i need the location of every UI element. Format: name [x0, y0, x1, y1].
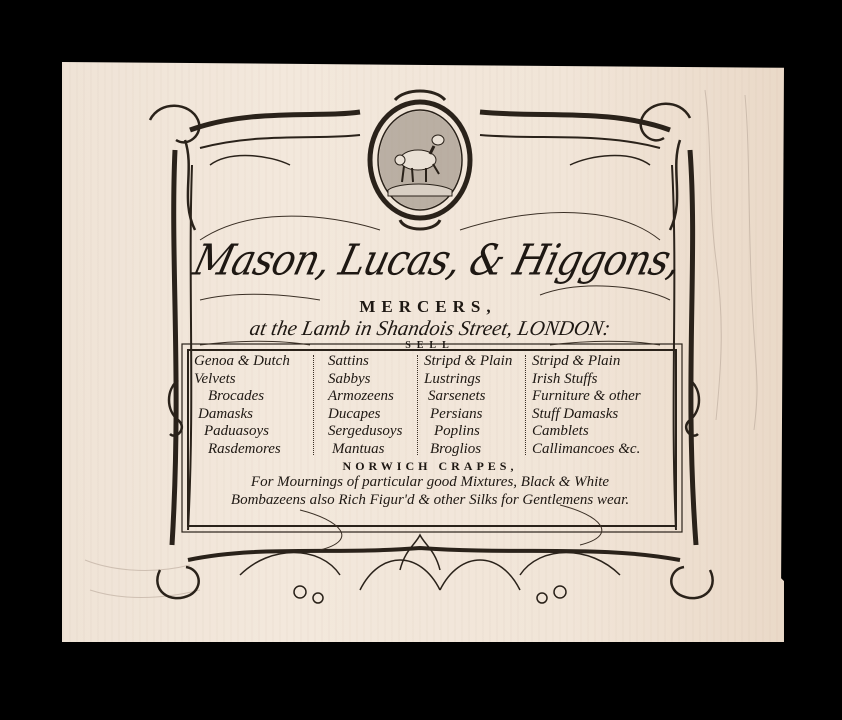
column-divider	[313, 355, 314, 455]
trade-heading: MERCERS,	[278, 297, 578, 317]
goods-item: Persians	[424, 406, 512, 424]
description-line-1: For Mournings of particular good Mixture…	[190, 474, 670, 491]
goods-item: Armozeens	[320, 388, 402, 406]
goods-item: Irish Stuffs	[532, 371, 641, 389]
goods-item: Camblets	[532, 423, 641, 441]
goods-item: Poplins	[424, 423, 512, 441]
goods-item: Sattins	[320, 353, 402, 371]
goods-column-2: Sattins Sabbys Armozeens Ducapes Sergedu…	[320, 353, 402, 458]
goods-item: Rasdemores	[194, 441, 290, 459]
business-name: Mason, Lucas, & Higgons,	[189, 235, 671, 284]
goods-item: Broglios	[424, 441, 512, 459]
goods-item: Stripd & Plain	[424, 353, 512, 371]
sell-heading: SELL	[330, 340, 530, 351]
norwich-crapes-heading: NORWICH CRAPES,	[290, 459, 570, 474]
goods-item: Callimancoes &c.	[532, 441, 641, 459]
goods-item: Ducapes	[320, 406, 402, 424]
goods-item: Furniture & other	[532, 388, 641, 406]
description-line-2: Bombazeens also Rich Figur'd & other Sil…	[190, 492, 670, 509]
goods-item: Sarsenets	[424, 388, 512, 406]
column-divider	[417, 355, 418, 455]
goods-item: Sabbys	[320, 371, 402, 389]
goods-item: Velvets	[194, 371, 290, 389]
goods-column-4: Stripd & Plain Irish Stuffs Furniture & …	[532, 353, 641, 458]
goods-item: Sergedusoys	[320, 423, 402, 441]
goods-item: Mantuas	[320, 441, 402, 459]
goods-item: Genoa & Dutch	[194, 353, 290, 371]
goods-item: Damasks	[194, 406, 290, 424]
goods-item: Brocades	[194, 388, 290, 406]
column-divider	[525, 355, 526, 455]
goods-item: Paduasoys	[194, 423, 290, 441]
goods-column-1: Genoa & Dutch Velvets Brocades Damasks P…	[194, 353, 290, 458]
goods-item: Lustrings	[424, 371, 512, 389]
goods-item: Stuff Damasks	[532, 406, 641, 424]
goods-item: Stripd & Plain	[532, 353, 641, 371]
trade-card-paper	[62, 62, 784, 642]
goods-column-3: Stripd & Plain Lustrings Sarsenets Persi…	[424, 353, 512, 458]
address-line: at the Lamb in Shandois Street, LONDON:	[178, 316, 682, 341]
